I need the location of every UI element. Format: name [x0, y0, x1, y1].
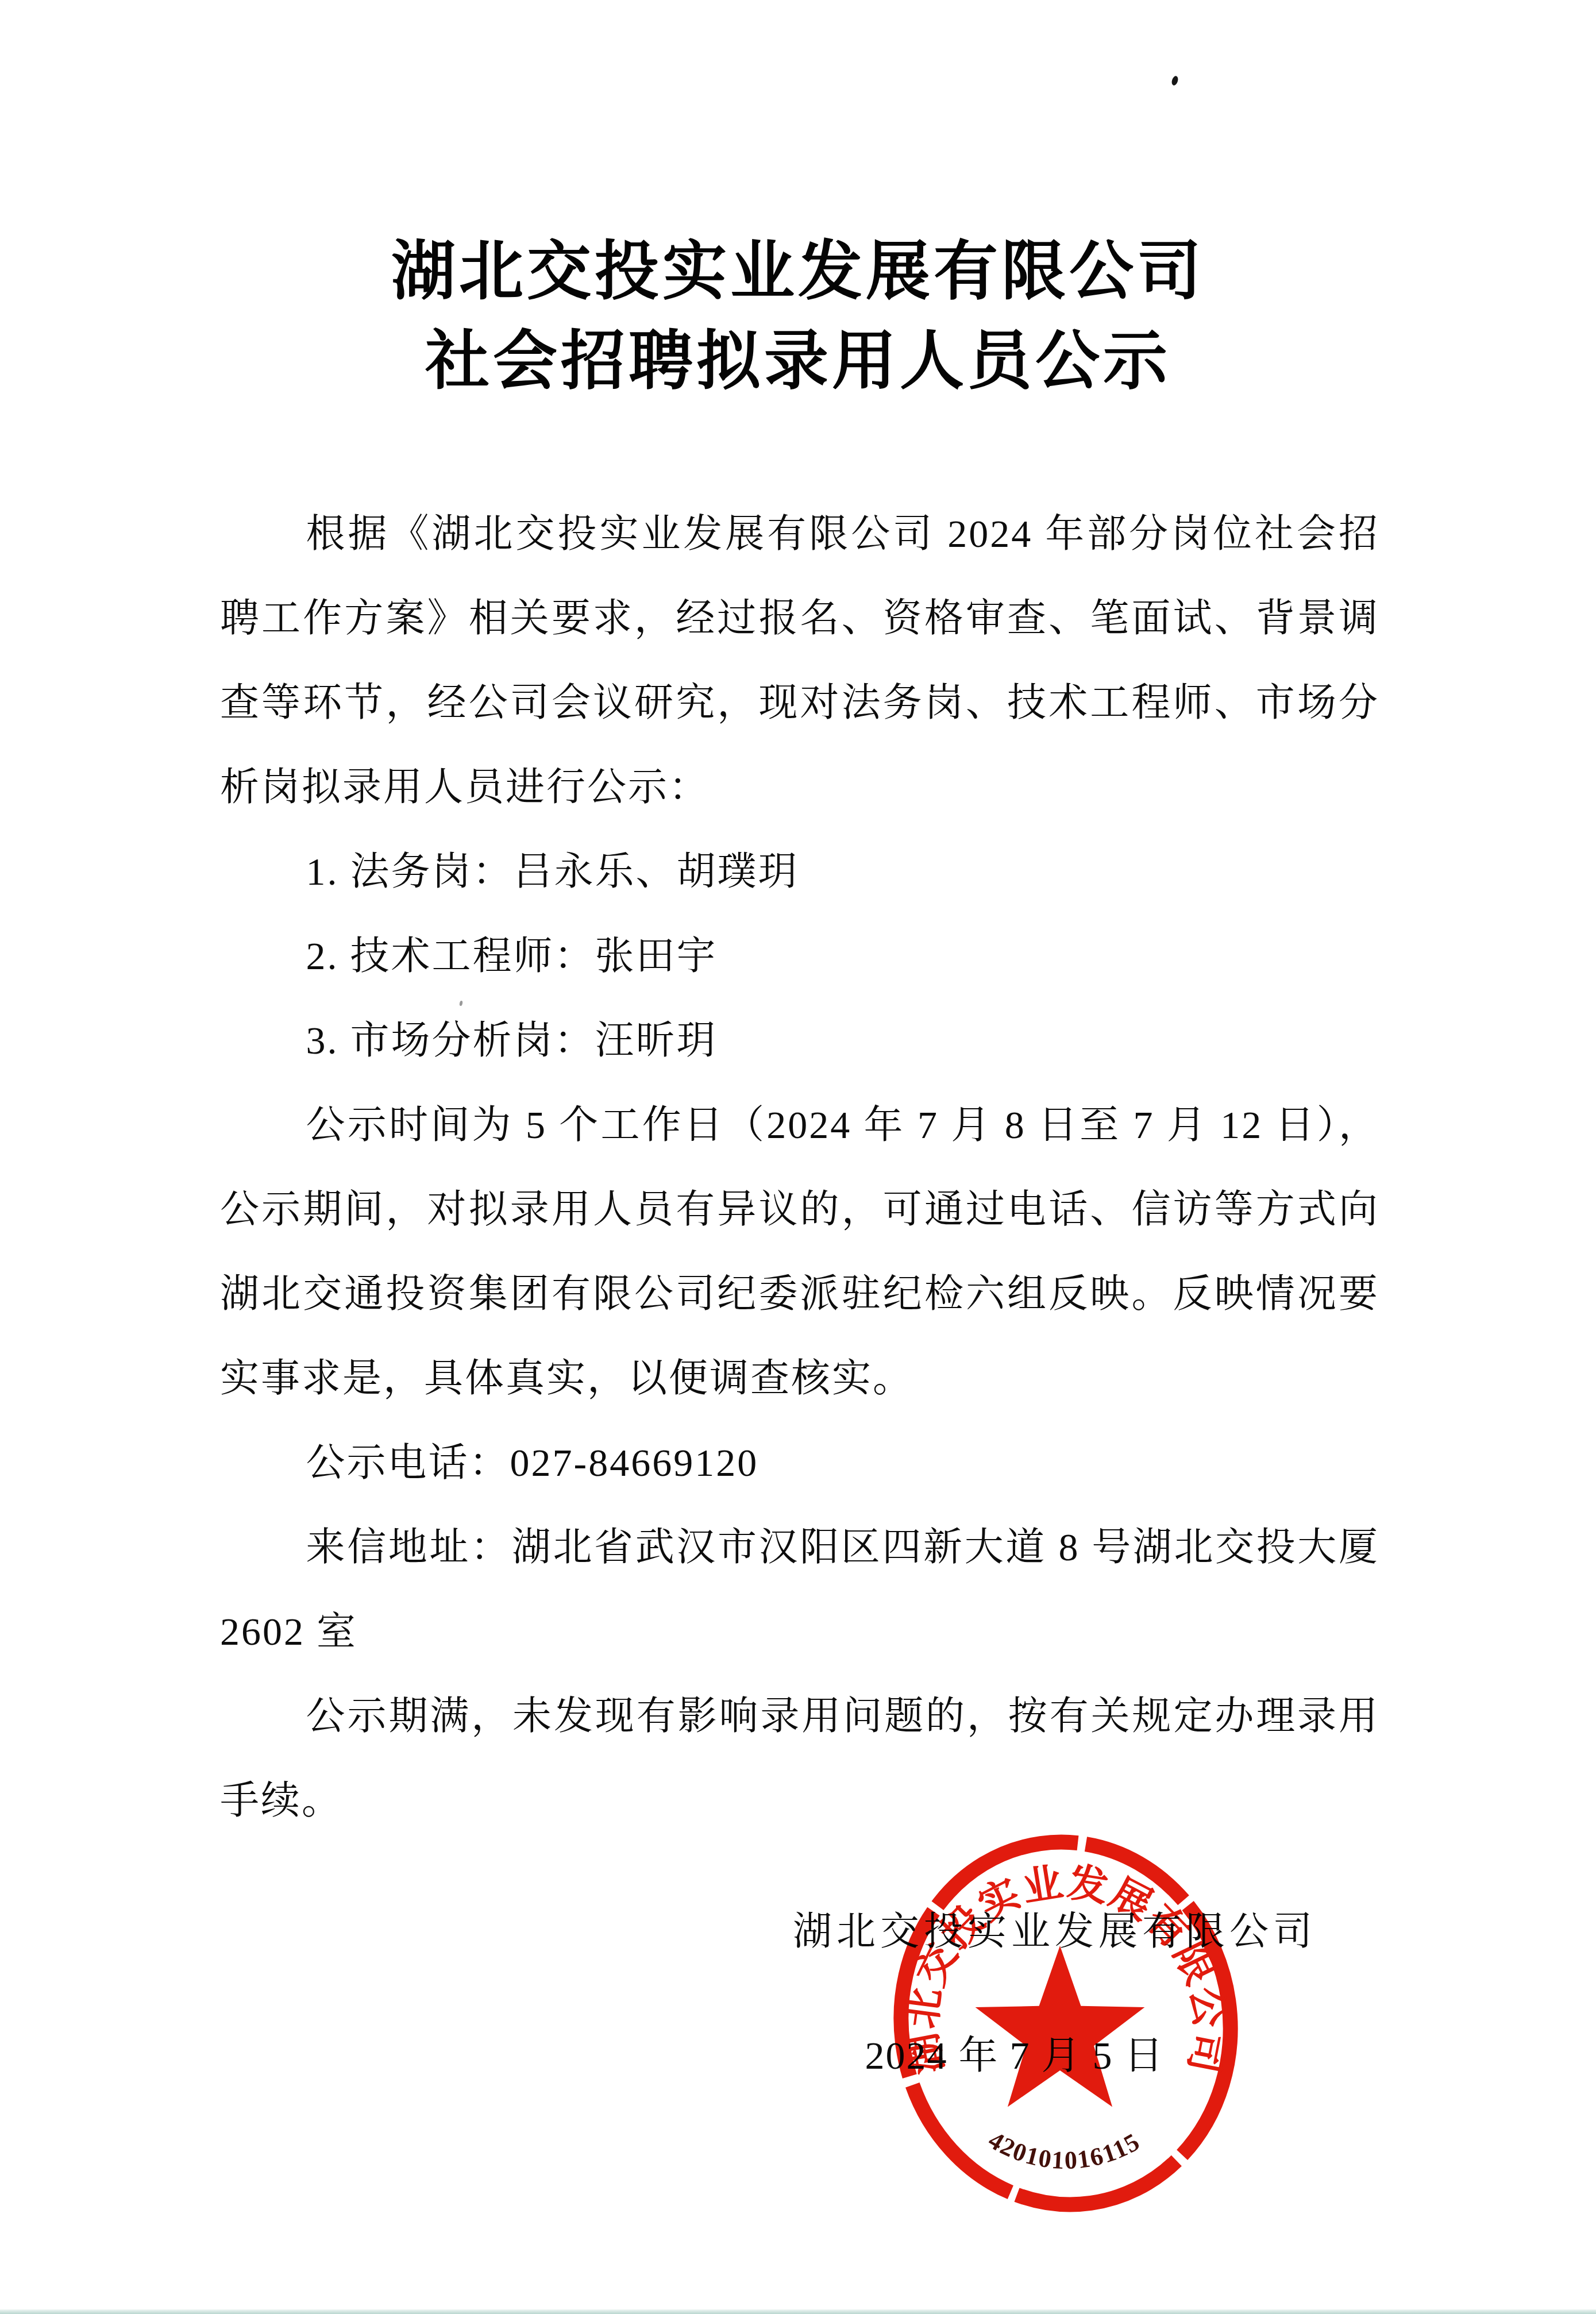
paragraph-item-market: 3. 市场分析岗：汪昕玥: [220, 998, 1379, 1083]
doc-title-line1: 湖北交投实业发展有限公司: [0, 227, 1596, 317]
signature-company: 湖北交投实业发展有限公司: [793, 1900, 1317, 1956]
paragraph-closing: 公示期满，未发现有影响录用问题的，按有关规定办理录用手续。: [220, 1674, 1379, 1843]
paragraph-publicity-period: 公示时间为 5 个工作日（2024 年 7 月 8 日至 7 月 12 日），公…: [220, 1083, 1379, 1421]
seal-serial-number: 4201010161151: [888, 1828, 1145, 2174]
signature-date: 2024 年 7 月 5 日: [865, 2024, 1164, 2080]
scan-speck: [1171, 75, 1179, 86]
document-page: 湖北交投实业发展有限公司 社会招聘拟录用人员公示 根据《湖北交投实业发展有限公司…: [0, 0, 1596, 2314]
paragraph-address: 来信地址：湖北省武汉市汉阳区四新大道 8 号湖北交投大厦 2602 室: [220, 1505, 1379, 1674]
paragraph-item-legal: 1. 法务岗：吕永乐、胡璞玥: [220, 830, 1379, 914]
scan-edge-line: [0, 2309, 1596, 2314]
company-seal-stamp: 湖北交投实业发展有限公司 4201010161151: [888, 1828, 1244, 2219]
seal-ring: [888, 1828, 1244, 2219]
doc-body: 根据《湖北交投实业发展有限公司 2024 年部分岗位社会招聘工作方案》相关要求，…: [220, 492, 1379, 1843]
doc-title: 湖北交投实业发展有限公司 社会招聘拟录用人员公示: [0, 227, 1596, 407]
paragraph-phone: 公示电话：027-84669120: [220, 1421, 1379, 1505]
doc-title-line2: 社会招聘拟录用人员公示: [0, 317, 1596, 407]
paragraph-intro: 根据《湖北交投实业发展有限公司 2024 年部分岗位社会招聘工作方案》相关要求，…: [220, 492, 1379, 830]
paragraph-item-engineer: 2. 技术工程师：张田宇: [220, 914, 1379, 998]
